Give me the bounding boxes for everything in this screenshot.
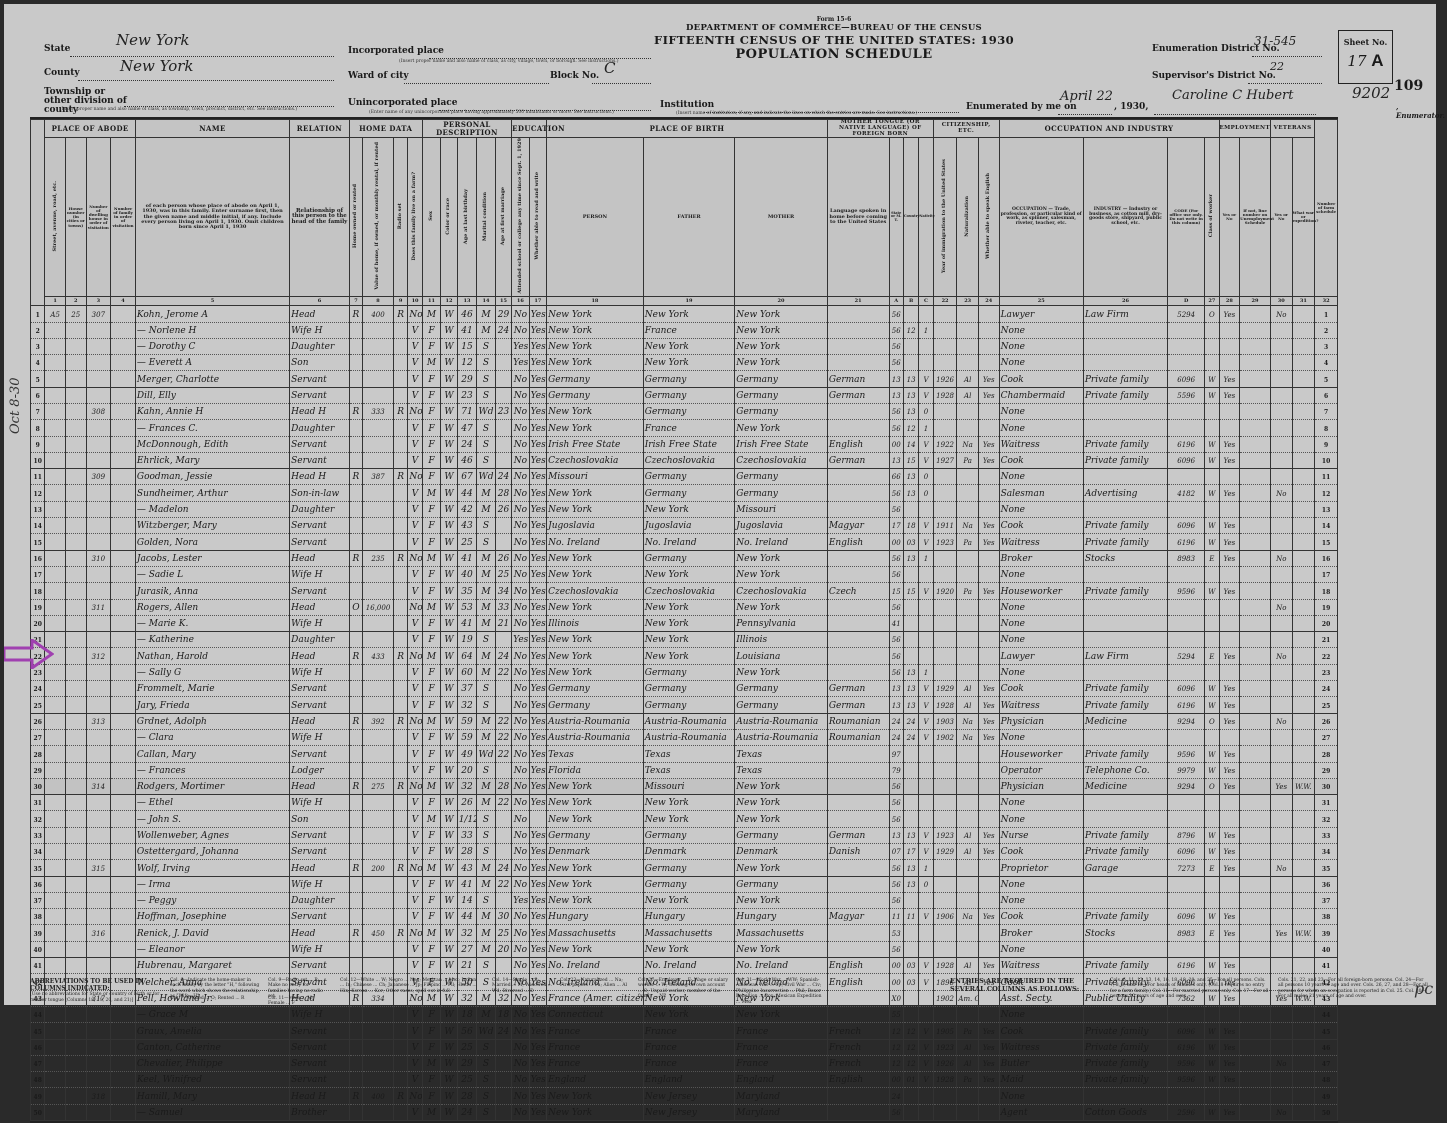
cell-occupation: None — [999, 501, 1083, 517]
cell-war — [1292, 795, 1315, 811]
line-number-right: 34 — [1315, 844, 1338, 860]
cell-father: Czechoslovakia — [643, 583, 735, 599]
cell-farm: V — [408, 436, 422, 452]
census-row: 1A525307Kohn, Jerome AHeadR400RNoMW46M29… — [31, 306, 1338, 322]
column-number: 8 — [363, 297, 394, 306]
line-number: 33 — [31, 827, 45, 843]
cell-street — [45, 876, 66, 892]
cell-codeA: 56 — [889, 599, 903, 615]
cell-street — [45, 795, 66, 811]
cell-radio — [393, 501, 407, 517]
cell-school: No — [512, 534, 529, 550]
cell-owned: R — [349, 469, 362, 485]
cell-radio — [393, 746, 407, 762]
cell-codeC — [919, 566, 933, 582]
cell-father: Denmark — [643, 844, 735, 860]
header-c12: Color or race — [441, 138, 457, 297]
cell-mother: Germany — [735, 681, 828, 697]
cell-tongue — [827, 746, 889, 762]
cell-value: 387 — [363, 469, 394, 485]
cell-natur — [957, 795, 979, 811]
cell-vet — [1270, 632, 1292, 648]
cell-codeB: 13 — [903, 485, 918, 501]
cell-father: New York — [643, 338, 735, 354]
cell-codeA: 56 — [889, 941, 903, 957]
cell-read: Yes — [529, 860, 546, 876]
cell-class: E — [1205, 860, 1219, 876]
line-number-right: 37 — [1315, 892, 1338, 908]
cell-work — [1219, 892, 1240, 908]
cell-marital: M — [477, 306, 496, 322]
cell-name: Jurasik, Anna — [135, 583, 289, 599]
cell-dwelling — [86, 371, 111, 387]
cell-work: Yes — [1219, 697, 1240, 713]
cell-value — [363, 664, 394, 680]
cell-codeA: 56 — [889, 795, 903, 811]
cell-age: 49 — [457, 746, 477, 762]
column-number: 23 — [957, 297, 979, 306]
cell-sex: F — [422, 762, 441, 778]
cell-father: Jugoslavia — [643, 518, 735, 534]
block-line — [592, 69, 651, 84]
cell-dwelling: 307 — [86, 306, 111, 322]
cell-work — [1219, 876, 1240, 892]
cell-natur — [957, 860, 979, 876]
cell-sex: M — [422, 485, 441, 501]
column-number: 32 — [1315, 297, 1338, 306]
cell-war — [1292, 958, 1315, 974]
cell-natur: Pa — [957, 583, 979, 599]
column-number: 29 — [1240, 297, 1271, 306]
cell-class: W — [1205, 583, 1219, 599]
cell-read: Yes — [529, 518, 546, 534]
cell-codeC: V — [919, 371, 933, 387]
cell-read: Yes — [529, 550, 546, 566]
cell-street — [45, 338, 66, 354]
cell-value — [363, 452, 394, 468]
cell-natur: Al — [957, 958, 979, 974]
group-place-of-abode: PLACE OF ABODE — [45, 120, 136, 138]
cell-value — [363, 534, 394, 550]
department-title: DEPARTMENT OF COMMERCE—BUREAU OF THE CEN… — [654, 23, 1014, 33]
col12-note: Col. 12—White ... W; Negro ... Neg; Mexi… — [340, 978, 480, 994]
census-row: 3— Dorothy CDaughterVFW15SYesYesNew York… — [31, 338, 1338, 354]
cell-value: 275 — [363, 778, 394, 794]
cell-name: — Eleanor — [135, 941, 289, 957]
cell-value — [363, 811, 394, 827]
cell-immig: 1928 — [933, 387, 957, 403]
cell-radio — [393, 322, 407, 338]
cell-family — [111, 860, 136, 876]
cell-house — [65, 827, 86, 843]
cell-natur — [957, 941, 979, 957]
cell-english — [978, 811, 999, 827]
cell-immig — [933, 420, 957, 436]
cell-farm: No — [408, 469, 422, 485]
arrow-pointer-icon — [4, 639, 54, 669]
line-number-right: 26 — [1315, 713, 1338, 729]
cell-family — [111, 387, 136, 403]
cell-sex: F — [422, 403, 441, 419]
cell-street — [45, 534, 66, 550]
header-c24: Whether able to speak English — [978, 138, 999, 297]
cell-father: New York — [643, 632, 735, 648]
line-number-right: 22 — [1315, 648, 1338, 664]
cell-sex: M — [422, 778, 441, 794]
cell-father: New York — [643, 892, 735, 908]
cell-mother: Germany — [735, 697, 828, 713]
cell-father: No. Ireland — [643, 534, 735, 550]
line-number-right: 41 — [1315, 958, 1338, 974]
cell-age: 41 — [457, 876, 477, 892]
cell-codeA: 56 — [889, 355, 903, 371]
cell-codeA: 56 — [889, 566, 903, 582]
cell-race: W — [441, 387, 457, 403]
header-c11: Sex — [422, 138, 441, 297]
cell-age: 32 — [457, 778, 477, 794]
cell-mother: Hungary — [735, 909, 828, 925]
cell-name: Renick, J. David — [135, 925, 289, 941]
cell-radio — [393, 892, 407, 908]
cell-relation: Daughter — [290, 892, 350, 908]
cell-english: Yes — [978, 518, 999, 534]
cell-mother: New York — [735, 664, 828, 680]
cell-house — [65, 403, 86, 419]
cell-race: W — [441, 811, 457, 827]
cell-race: W — [441, 485, 457, 501]
census-row: 32— John S.SonVMW1/12SNoNew YorkNew York… — [31, 811, 1338, 827]
cell-name: Kahn, Annie H — [135, 403, 289, 419]
cell-sex: F — [422, 452, 441, 468]
cell-family — [111, 550, 136, 566]
cell-name: — Marie K. — [135, 615, 289, 631]
cell-owned — [349, 371, 362, 387]
cell-house — [65, 322, 86, 338]
cell-work: Yes — [1219, 452, 1240, 468]
cell-family — [111, 729, 136, 745]
cell-sex: F — [422, 387, 441, 403]
cell-sex: F — [422, 958, 441, 974]
cell-occupation: Waitress — [999, 958, 1083, 974]
cell-age: 43 — [457, 860, 477, 876]
cell-codeD: 5294 — [1168, 648, 1205, 664]
cell-house — [65, 566, 86, 582]
cell-work: Yes — [1219, 827, 1240, 843]
cell-unemp — [1240, 697, 1271, 713]
cell-relation: Servant — [290, 746, 350, 762]
cell-race: W — [441, 355, 457, 371]
cell-dwelling — [86, 338, 111, 354]
column-number: 25 — [999, 297, 1083, 306]
cell-vet — [1270, 892, 1292, 908]
line-number: 30 — [31, 778, 45, 794]
cell-school: No — [512, 941, 529, 957]
cell-codeD: 8983 — [1168, 550, 1205, 566]
cell-vet — [1270, 583, 1292, 599]
cell-age-marr — [495, 827, 511, 843]
cell-family — [111, 436, 136, 452]
cell-race: W — [441, 778, 457, 794]
column-number: B — [903, 297, 918, 306]
cell-immig — [933, 892, 957, 908]
cell-mother: Germany — [735, 387, 828, 403]
column-number-row: 123456789101112131415161718192021ABC2223… — [31, 297, 1338, 306]
column-number: 15 — [495, 297, 511, 306]
cell-mother: New York — [735, 566, 828, 582]
cell-unemp — [1240, 306, 1271, 322]
cell-codeD: 5294 — [1168, 306, 1205, 322]
cell-vet: No — [1270, 485, 1292, 501]
cell-owned — [349, 501, 362, 517]
cell-mother: Louisiana — [735, 648, 828, 664]
cell-owned: R — [349, 550, 362, 566]
cell-name: Callan, Mary — [135, 746, 289, 762]
cell-codeB — [903, 648, 918, 664]
cell-mother: Czechoslovakia — [735, 452, 828, 468]
column-number: 7 — [349, 297, 362, 306]
cell-vet: Yes — [1270, 925, 1292, 941]
cell-marital: M — [477, 729, 496, 745]
enumerated-date: April 22 — [1060, 89, 1113, 104]
cell-name: Sundheimer, Arthur — [135, 485, 289, 501]
cell-family — [111, 599, 136, 615]
cell-immig: 1906 — [933, 909, 957, 925]
cell-family — [111, 811, 136, 827]
cell-occupation: None — [999, 403, 1083, 419]
cell-tongue — [827, 632, 889, 648]
cell-marital: M — [477, 795, 496, 811]
cell-tongue: Roumanian — [827, 729, 889, 745]
cell-age: 21 — [457, 958, 477, 974]
cell-dwelling — [86, 681, 111, 697]
cell-marital: S — [477, 518, 496, 534]
cell-codeD: 6196 — [1168, 534, 1205, 550]
cell-class: E — [1205, 925, 1219, 941]
cell-war — [1292, 469, 1315, 485]
cell-sex: M — [422, 355, 441, 371]
cell-house — [65, 485, 86, 501]
cell-sex: M — [422, 599, 441, 615]
cell-birth: New York — [547, 778, 644, 794]
cell-value — [363, 583, 394, 599]
cell-codeB: 13 — [903, 371, 918, 387]
cell-codeD — [1168, 795, 1205, 811]
cell-street — [45, 681, 66, 697]
cell-age: 29 — [457, 371, 477, 387]
cell-family — [111, 355, 136, 371]
header-c21: Language spoken in home before coming to… — [827, 138, 889, 297]
cell-sex: F — [422, 892, 441, 908]
cell-codeC: 0 — [919, 403, 933, 419]
column-number: 1 — [45, 297, 66, 306]
cell-name: Frommelt, Marie — [135, 681, 289, 697]
cell-codeA: 56 — [889, 632, 903, 648]
cell-english — [978, 632, 999, 648]
cell-vet — [1270, 827, 1292, 843]
unincorporated-line — [439, 96, 651, 111]
cell-mother: Germany — [735, 485, 828, 501]
cell-codeB: 12 — [903, 420, 918, 436]
cell-immig: 1928 — [933, 958, 957, 974]
cell-occupation: Waitress — [999, 697, 1083, 713]
cell-race: W — [441, 664, 457, 680]
cell-sex: M — [422, 811, 441, 827]
cell-english — [978, 941, 999, 957]
cell-owned — [349, 322, 362, 338]
cell-natur — [957, 876, 979, 892]
cell-age-marr — [495, 892, 511, 908]
cell-industry: Private family — [1083, 681, 1167, 697]
cell-english — [978, 876, 999, 892]
column-number: 27 — [1205, 297, 1219, 306]
cell-age: 35 — [457, 583, 477, 599]
line-number-right: 36 — [1315, 876, 1338, 892]
cell-class — [1205, 322, 1219, 338]
cell-industry — [1083, 501, 1167, 517]
line-number: 25 — [31, 697, 45, 713]
cell-father: New York — [643, 501, 735, 517]
cell-codeD: 9979 — [1168, 762, 1205, 778]
cell-family — [111, 306, 136, 322]
cell-codeA: 66 — [889, 469, 903, 485]
cell-marital: M — [477, 648, 496, 664]
cell-codeB — [903, 632, 918, 648]
cell-dwelling — [86, 958, 111, 974]
cell-name: — Madelon — [135, 501, 289, 517]
cell-sex: F — [422, 876, 441, 892]
cell-read: Yes — [529, 566, 546, 582]
cell-immig — [933, 795, 957, 811]
header-c6: Relationship of this person to the head … — [290, 138, 350, 297]
institution-note: (Insert name of institution, if any, and… — [676, 111, 917, 116]
cell-codeA: 79 — [889, 762, 903, 778]
cell-occupation: None — [999, 941, 1083, 957]
cell-race: W — [441, 795, 457, 811]
line-number-right: 12 — [1315, 485, 1338, 501]
cell-age: 64 — [457, 648, 477, 664]
cell-race: W — [441, 892, 457, 908]
cell-name: Wolf, Irving — [135, 860, 289, 876]
cell-father: Missouri — [643, 778, 735, 794]
cell-natur — [957, 306, 979, 322]
cell-birth: Austria-Roumania — [547, 713, 644, 729]
cell-natur — [957, 615, 979, 631]
column-number: 20 — [735, 297, 828, 306]
cell-school: No — [512, 583, 529, 599]
cell-class: O — [1205, 778, 1219, 794]
cell-codeA: 53 — [889, 925, 903, 941]
cell-codeB — [903, 566, 918, 582]
cell-marital: S — [477, 958, 496, 974]
state-label: State — [44, 44, 70, 54]
cell-natur — [957, 632, 979, 648]
cell-codeC: V — [919, 844, 933, 860]
cell-name: Witzberger, Mary — [135, 518, 289, 534]
cell-radio: R — [393, 306, 407, 322]
census-row: 15Golden, NoraServantVFW25SNoYesNo. Irel… — [31, 534, 1338, 550]
cell-war — [1292, 306, 1315, 322]
cell-industry — [1083, 338, 1167, 354]
column-number: D — [1168, 297, 1205, 306]
cell-age-marr: 20 — [495, 941, 511, 957]
cell-value — [363, 501, 394, 517]
cell-relation: Daughter — [290, 420, 350, 436]
cell-radio — [393, 876, 407, 892]
cell-birth: Germany — [547, 697, 644, 713]
cell-class: O — [1205, 306, 1219, 322]
cell-name: — Irma — [135, 876, 289, 892]
cell-house — [65, 892, 86, 908]
cell-father: Germany — [643, 469, 735, 485]
cell-natur: Pa — [957, 534, 979, 550]
cell-mother: Texas — [735, 762, 828, 778]
cell-father: Germany — [643, 485, 735, 501]
cell-age: 40 — [457, 566, 477, 582]
cell-tongue: Roumanian — [827, 713, 889, 729]
cell-dwelling — [86, 909, 111, 925]
cell-codeC — [919, 599, 933, 615]
cell-age: 53 — [457, 599, 477, 615]
cell-father: Germany — [643, 827, 735, 843]
cell-read: Yes — [529, 681, 546, 697]
cell-street — [45, 827, 66, 843]
cell-school: No — [512, 403, 529, 419]
cell-class: W — [1205, 844, 1219, 860]
cell-mother: Austria-Roumania — [735, 713, 828, 729]
cell-unemp — [1240, 583, 1271, 599]
cell-tongue: Magyar — [827, 518, 889, 534]
cell-class: E — [1205, 550, 1219, 566]
cell-house — [65, 338, 86, 354]
cell-dwelling — [86, 501, 111, 517]
cell-house — [65, 355, 86, 371]
cell-codeD: 6096 — [1168, 909, 1205, 925]
cell-unemp — [1240, 322, 1271, 338]
cell-race: W — [441, 436, 457, 452]
cell-codeA: 56 — [889, 550, 903, 566]
entries-right: Cols. 21, 22, and 23—For all foreign-bor… — [1278, 978, 1428, 1000]
column-number: 19 — [643, 297, 735, 306]
cell-street — [45, 599, 66, 615]
cell-house — [65, 436, 86, 452]
cell-read: Yes — [529, 534, 546, 550]
cell-age: 27 — [457, 941, 477, 957]
cell-codeC: V — [919, 452, 933, 468]
cell-relation: Head H — [290, 403, 350, 419]
column-number: 21 — [827, 297, 889, 306]
census-row: 4— Everett ASonVMW12SYesYesNew YorkNew Y… — [31, 355, 1338, 371]
line-number-right: 31 — [1315, 795, 1338, 811]
census-row: 5Merger, CharlotteServantVFW29SNoYesGerm… — [31, 371, 1338, 387]
cell-class: W — [1205, 762, 1219, 778]
cell-race: W — [441, 599, 457, 615]
cell-english: Yes — [978, 844, 999, 860]
cell-immig — [933, 876, 957, 892]
cell-dwelling — [86, 795, 111, 811]
col7-note: Col. 7—Owned ... O; Rented ... R — [170, 996, 260, 1001]
cell-english: Yes — [978, 697, 999, 713]
cell-codeC: 1 — [919, 420, 933, 436]
cell-unemp — [1240, 420, 1271, 436]
cell-name: — Norlene H — [135, 322, 289, 338]
cell-school: Yes — [512, 892, 529, 908]
cell-dwelling: 309 — [86, 469, 111, 485]
cell-owned — [349, 729, 362, 745]
cell-relation: Head — [290, 778, 350, 794]
cell-radio — [393, 729, 407, 745]
cell-name: Golden, Nora — [135, 534, 289, 550]
cell-marital: S — [477, 436, 496, 452]
